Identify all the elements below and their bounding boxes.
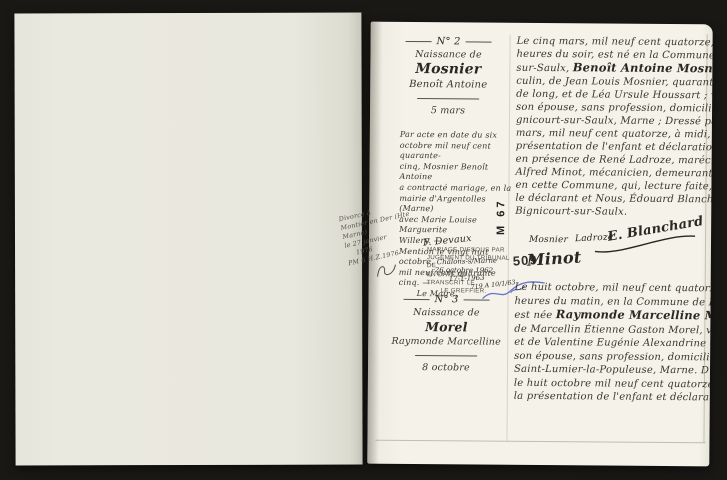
child-name: Raymonde Marcelline Morel (556, 307, 713, 322)
signature-witness2: Minot (526, 247, 582, 269)
act3-date: 8 octobre (384, 362, 508, 374)
scanned-register-photo: { "acts": { "act2": { "margin": { "numbe… (0, 0, 727, 480)
divorce-margin-note: Divorcé à Montier en Der (Hte Marne) le … (338, 200, 426, 289)
act3-number-row: N° 3 (385, 294, 509, 306)
divider-rule (417, 98, 479, 99)
act3-body-text: Le huit octobre, mil neuf cent quatorze,… (514, 281, 709, 405)
act-line: Le huit octobre, mil neuf cent quatorze,… (515, 281, 709, 296)
act3-number: N° 3 (434, 294, 458, 305)
act-line-prefix: sur-Saulx, (516, 63, 572, 74)
dash-rule (406, 41, 432, 42)
dash-rule (466, 41, 492, 42)
signature-mayor-group: E. Blanchard (607, 222, 704, 238)
left-page-blank (14, 13, 362, 466)
act3-given-names: Raymonde Marcelline (384, 336, 508, 348)
dash-rule (464, 299, 490, 300)
act2-type-label: Naissance de (386, 49, 510, 61)
act2-margin-header: N° 2 Naissance de Mosnier Benoît Antoine… (386, 36, 511, 117)
mention-line: Par acte en date du six (400, 130, 512, 141)
pencil-paraph-icon (371, 258, 400, 281)
act3-type-label: Naissance de (384, 307, 508, 319)
vertical-number-stamp: M 67 (495, 177, 508, 257)
stamp-transcribed-handwriting: 17-1-1963 (449, 274, 485, 284)
act2-surname: Mosnier (386, 61, 510, 78)
act-line: la présentation de l'enfant et déclarati… (514, 390, 708, 405)
act3-margin-header: N° 3 Naissance de Morel Raymonde Marcell… (384, 294, 509, 374)
divider-rule (415, 355, 477, 356)
dash-rule (404, 299, 430, 300)
act2-given-names: Benoît Antoine (386, 79, 510, 91)
signature-flourish-icon (593, 231, 697, 254)
mention-line: octobre mil neuf cent quarante- (400, 140, 512, 162)
act2-date: 5 mars (386, 105, 510, 117)
act2-number: N° 2 (436, 36, 460, 47)
child-name: Benoît Antoine Mosnier (573, 60, 713, 75)
act2-number-row: N° 2 (387, 36, 511, 48)
bottom-frame-line (375, 440, 705, 444)
act-name-line: est née Raymonde Marcelline Morel, du se… (514, 308, 708, 324)
act3-surname: Morel (384, 319, 508, 335)
act-line-prefix: est née (514, 310, 555, 321)
stamp-court-handwriting: Châlons-s/Marne (437, 257, 497, 267)
act-line: et de Valentine Eugénie Alexandrine Guid… (514, 336, 708, 351)
signature-declarant: Mosnier (529, 235, 568, 245)
act2-body-text: Le cinq mars, mil neuf cent quatorze, à … (515, 35, 710, 220)
act-line: Saint-Lumier-la-Populeuse, Marne. Dressé… (514, 363, 708, 378)
act-name-line: sur-Saulx, Benoît Antoine Mosnier, du se… (516, 61, 710, 77)
